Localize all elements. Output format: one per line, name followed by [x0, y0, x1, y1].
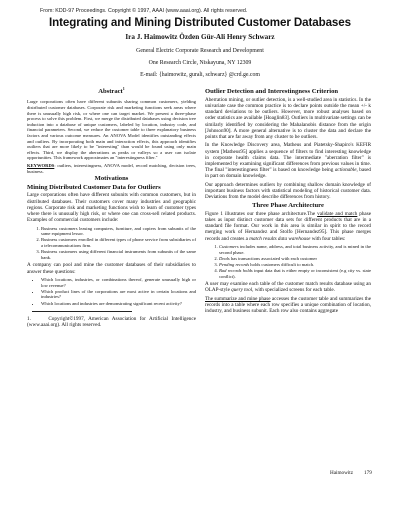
outlier-paragraph-3: Our approach determines outliers by comb…: [205, 182, 371, 201]
outlier-paragraph-1: Aberration mining, or outlier detection,…: [205, 97, 371, 140]
keywords-label: KEYWORDS: [27, 163, 54, 168]
running-footer-author: Haimowitz: [330, 470, 353, 476]
subheading-mining: Mining Distributed Customer Data for Out…: [27, 185, 196, 191]
address: One Research Circle, Niskayuna, NY 12309: [0, 60, 400, 66]
architecture-paragraph: Figure 1 illustrates our three phase arc…: [205, 211, 371, 242]
list-item: Deals has transactions associated with e…: [219, 256, 371, 262]
abstract-heading: Abstract1: [27, 86, 196, 95]
affiliation: General Electric Corporate Research and …: [0, 48, 400, 54]
list-item: Customers includes name, address, and to…: [219, 244, 371, 255]
outlier-paragraph-2: In the Knowledge Discovery area, Matheus…: [205, 142, 371, 179]
paper-title: Integrating and Mining Distributed Custo…: [0, 16, 400, 29]
footnote-mark: 1: [123, 86, 125, 91]
list-item: Business customers using different finan…: [41, 249, 196, 260]
motivations-heading: Motivations: [27, 176, 196, 182]
keywords: KEYWORDS: outliers, interestingness, ANO…: [27, 163, 196, 174]
list-item: Which product lines of the corporations …: [41, 289, 196, 300]
tables-list: Customers includes name, address, and to…: [205, 244, 371, 279]
left-column: Abstract1 Large corporations often have …: [27, 84, 196, 331]
page-number: 179: [364, 470, 372, 476]
right-column: Outlier Detection and Interestingness Cr…: [205, 89, 371, 317]
validate-match-phase: validate and match: [317, 211, 357, 217]
list-item: Bad records holds input data that is eit…: [219, 268, 371, 279]
list-item: Business customers enrolled in different…: [41, 237, 196, 248]
questions-list: Which locations, industries, or combinat…: [27, 277, 196, 306]
questions-intro: A company can pool and mine the customer…: [27, 262, 196, 274]
list-item: Which locations and industries are demon…: [41, 301, 196, 307]
list-item: Pending records holds customers difficul…: [219, 262, 371, 268]
footnote: 1. Copyright©1997, American Association …: [27, 316, 196, 328]
summarize-mine-phase: The summarize and mine phase: [205, 296, 271, 302]
outlier-heading: Outlier Detection and Interestingness Cr…: [205, 89, 371, 95]
email: E-mail: {haimowitz, gurali, schwarz} @cr…: [0, 72, 400, 78]
footnote-divider: [32, 311, 132, 312]
examples-list: Business customers leasing computers, fu…: [27, 226, 196, 261]
list-item: Business customers leasing computers, fu…: [41, 226, 196, 237]
authors: Ira J. Haimowitz Özden Gür-Ali Henry Sch…: [0, 33, 400, 41]
summarize-paragraph: The summarize and mine phase accesses th…: [205, 296, 371, 315]
list-item: Which locations, industries, or combinat…: [41, 277, 196, 288]
abstract-text: Large corporations often have different …: [27, 99, 196, 161]
query-paragraph: A user may examine each table of the cus…: [205, 281, 371, 293]
source-line: From: KDD-97 Proceedings. Copyright © 19…: [40, 8, 247, 14]
motivation-paragraph: Large corporations often have different …: [27, 192, 196, 223]
architecture-heading: Three Phase Architecture: [205, 203, 371, 209]
